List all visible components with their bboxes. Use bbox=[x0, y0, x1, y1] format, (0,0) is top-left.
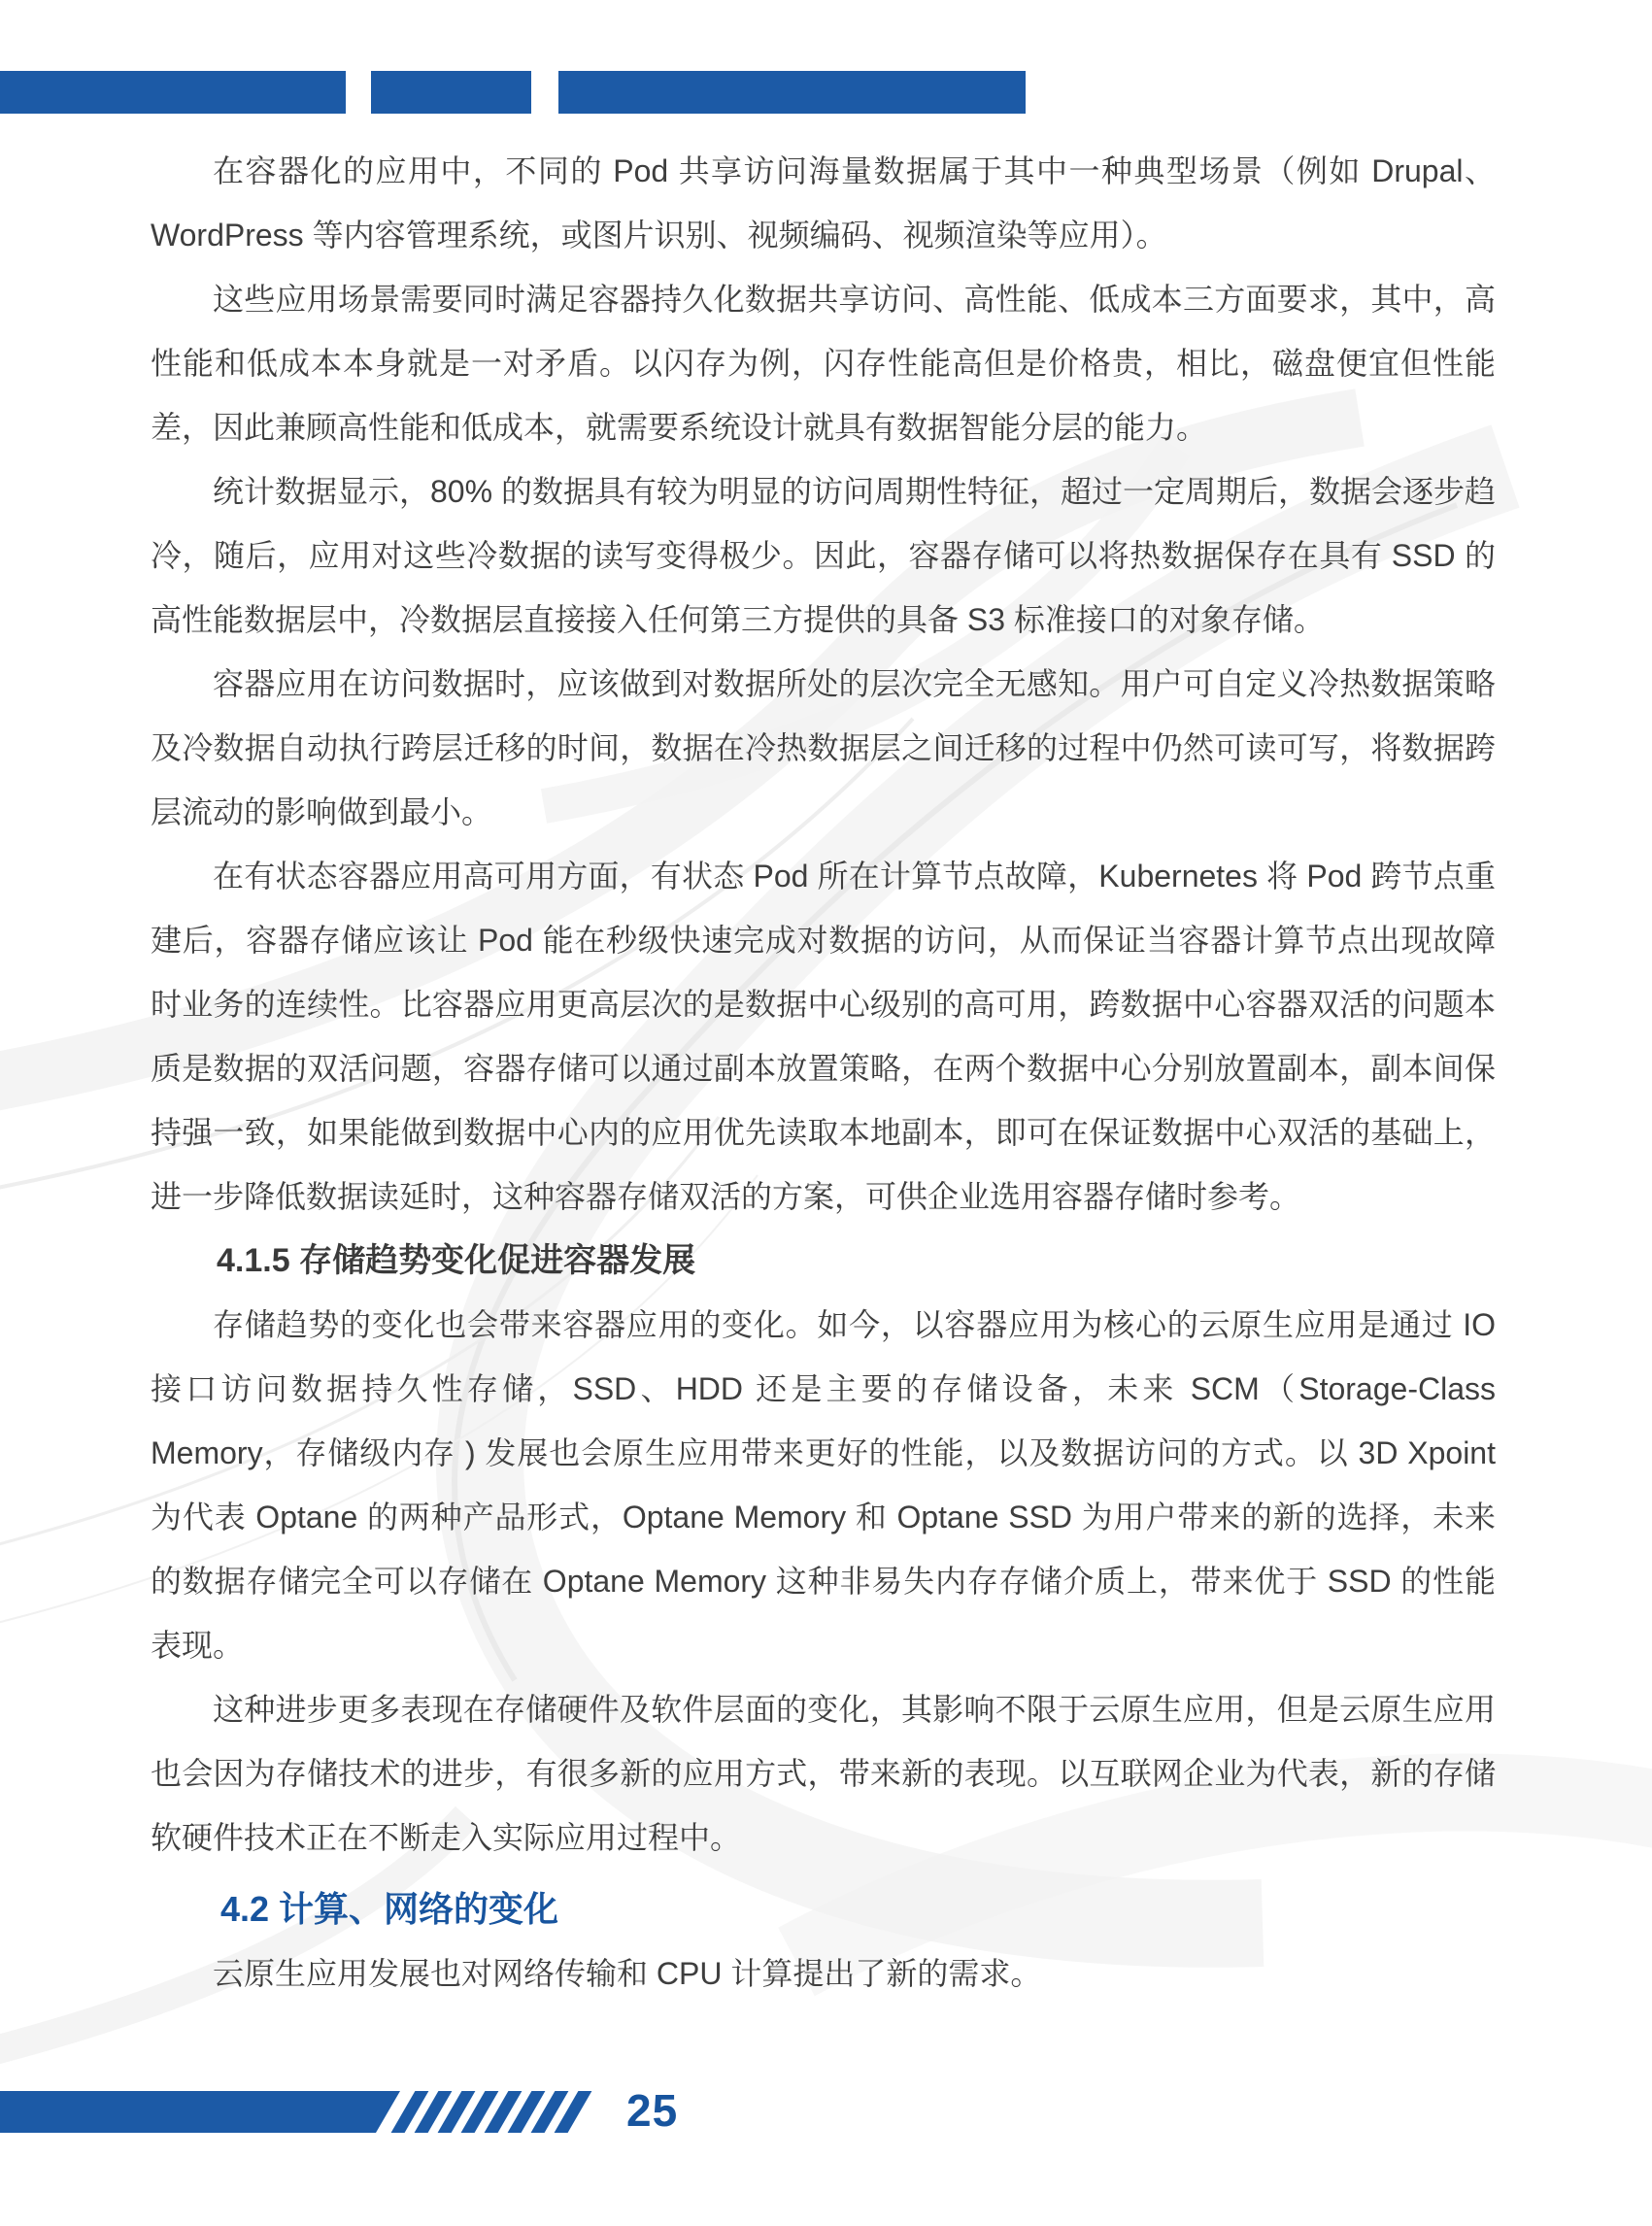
page-number: 25 bbox=[626, 2087, 678, 2129]
paragraph-network-cpu-demand: 云原生应用发展也对网络传输和 CPU 计算提出了新的需求。 bbox=[151, 1941, 1496, 2006]
paragraph-performance-cost: 这些应用场景需要同时满足容器持久化数据共享访问、高性能、低成本三方面要求，其中，… bbox=[151, 267, 1496, 459]
page-footer: 25 bbox=[0, 2091, 1652, 2133]
header-bar-right bbox=[558, 71, 1026, 114]
header-bar-left bbox=[0, 71, 346, 114]
paragraph-data-tiering: 统计数据显示，80% 的数据具有较为明显的访问周期性特征，超过一定周期后，数据会… bbox=[151, 459, 1496, 652]
heading-4-1-5-storage-trends: 4.1.5 存储趋势变化促进容器发展 bbox=[151, 1229, 1496, 1293]
document-page: 在容器化的应用中，不同的 Pod 共享访问海量数据属于其中一种典型场景（例如 D… bbox=[0, 0, 1652, 2226]
page-content: 在容器化的应用中，不同的 Pod 共享访问海量数据属于其中一种典型场景（例如 D… bbox=[151, 139, 1496, 2006]
paragraph-scm-optane: 存储趋势的变化也会带来容器应用的变化。如今，以容器应用为核心的云原生应用是通过 … bbox=[151, 1293, 1496, 1677]
paragraph-stateful-ha: 在有状态容器应用高可用方面，有状态 Pod 所在计算节点故障，Kubernete… bbox=[151, 844, 1496, 1229]
footer-bar bbox=[0, 2091, 400, 2133]
header-bar-middle bbox=[371, 71, 531, 114]
paragraph-tier-migration: 容器应用在访问数据时，应该做到对数据所处的层次完全无感知。用户可自定义冷热数据策… bbox=[151, 652, 1496, 844]
paragraph-storage-progress: 这种进步更多表现在存储硬件及软件层面的变化，其影响不限于云原生应用，但是云原生应… bbox=[151, 1677, 1496, 1870]
paragraph-container-pod-sharing: 在容器化的应用中，不同的 Pod 共享访问海量数据属于其中一种典型场景（例如 D… bbox=[151, 139, 1496, 267]
heading-4-2-compute-network: 4.2 计算、网络的变化 bbox=[151, 1877, 1496, 1941]
